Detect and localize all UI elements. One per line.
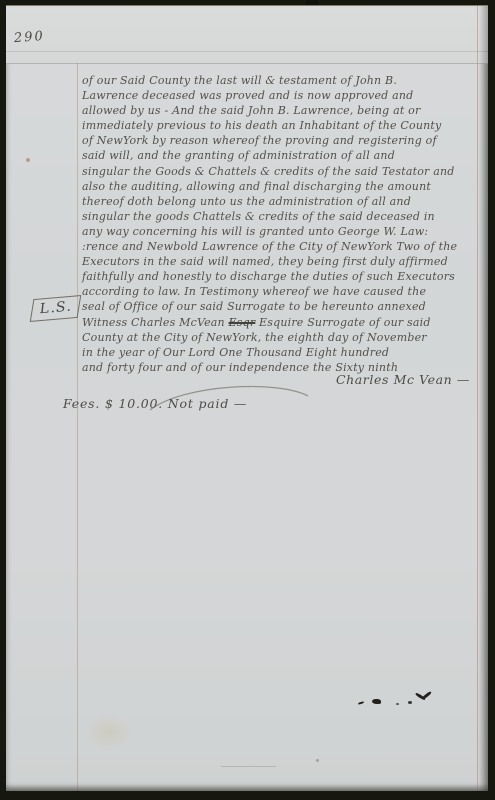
handwritten-line: singular the goods Chattels & credits of… — [82, 209, 476, 224]
handwritten-line: any way concerning his will is granted u… — [82, 224, 476, 239]
ink-smudge — [408, 701, 412, 704]
ink-smudge — [372, 699, 381, 704]
page-fold-edge — [6, 6, 488, 64]
scanned-document: 290 L.S. of our Said County the last wil… — [0, 0, 495, 800]
ink-smudge — [396, 703, 399, 705]
handwritten-line: seal of Office of our said Surrogate to … — [82, 299, 476, 314]
handwritten-line: allowed by us - And the said John B. Law… — [82, 103, 476, 118]
handwritten-line: :rence and Newbold Lawrence of the City … — [82, 239, 476, 254]
handwritten-line: County at the City of NewYork, the eight… — [82, 330, 476, 345]
paper-stain — [26, 158, 30, 162]
surrogate-signature: Charles Mc Vean — — [336, 372, 470, 387]
handwritten-line: said will, and the granting of administr… — [82, 148, 476, 163]
page-edge-shadow-right — [479, 6, 488, 791]
paper-scratch — [221, 766, 276, 767]
handwritten-line: Executors in the said will named, they b… — [82, 254, 476, 269]
handwritten-line: according to law. In Testimony whereof w… — [82, 284, 476, 299]
handwritten-line: immediately previous to his death an Inh… — [82, 118, 476, 133]
fees-note: Fees. $ 10.00. Not paid — — [63, 396, 247, 411]
right-margin-rule — [477, 6, 478, 791]
handwritten-line: of NewYork by reason whereof the proving… — [82, 133, 476, 148]
paper-stain — [316, 759, 319, 762]
seal-ls-annotation: L.S. — [30, 295, 82, 322]
handwritten-line: of our Said County the last will & testa… — [82, 73, 476, 88]
ink-smudge — [421, 691, 431, 700]
ledger-page: 290 L.S. of our Said County the last wil… — [6, 5, 488, 791]
page-number: 290 — [14, 29, 46, 46]
handwritten-line: faithfully and honestly to discharge the… — [82, 269, 476, 284]
handwritten-body: of our Said County the last will & testa… — [82, 73, 476, 375]
handwritten-line: thereof doth belong unto us the administ… — [82, 194, 476, 209]
left-margin-rule — [77, 63, 78, 791]
handwritten-line: singular the Goods & Chattels & credits … — [82, 164, 476, 179]
seal-ls-label: L.S. — [39, 299, 72, 317]
paper-crease — [6, 51, 488, 52]
page-edge-shadow-bottom — [6, 784, 488, 791]
ink-smudge — [358, 701, 364, 705]
handwritten-line: Lawrence deceased was proved and is now … — [82, 88, 476, 103]
handwritten-line: in the year of Our Lord One Thousand Eig… — [82, 345, 476, 360]
handwritten-line: also the auditing, allowing and final di… — [82, 179, 476, 194]
paper-stain — [86, 714, 132, 750]
handwritten-line: Witness Charles McVean Esqr Esquire Surr… — [82, 315, 476, 330]
